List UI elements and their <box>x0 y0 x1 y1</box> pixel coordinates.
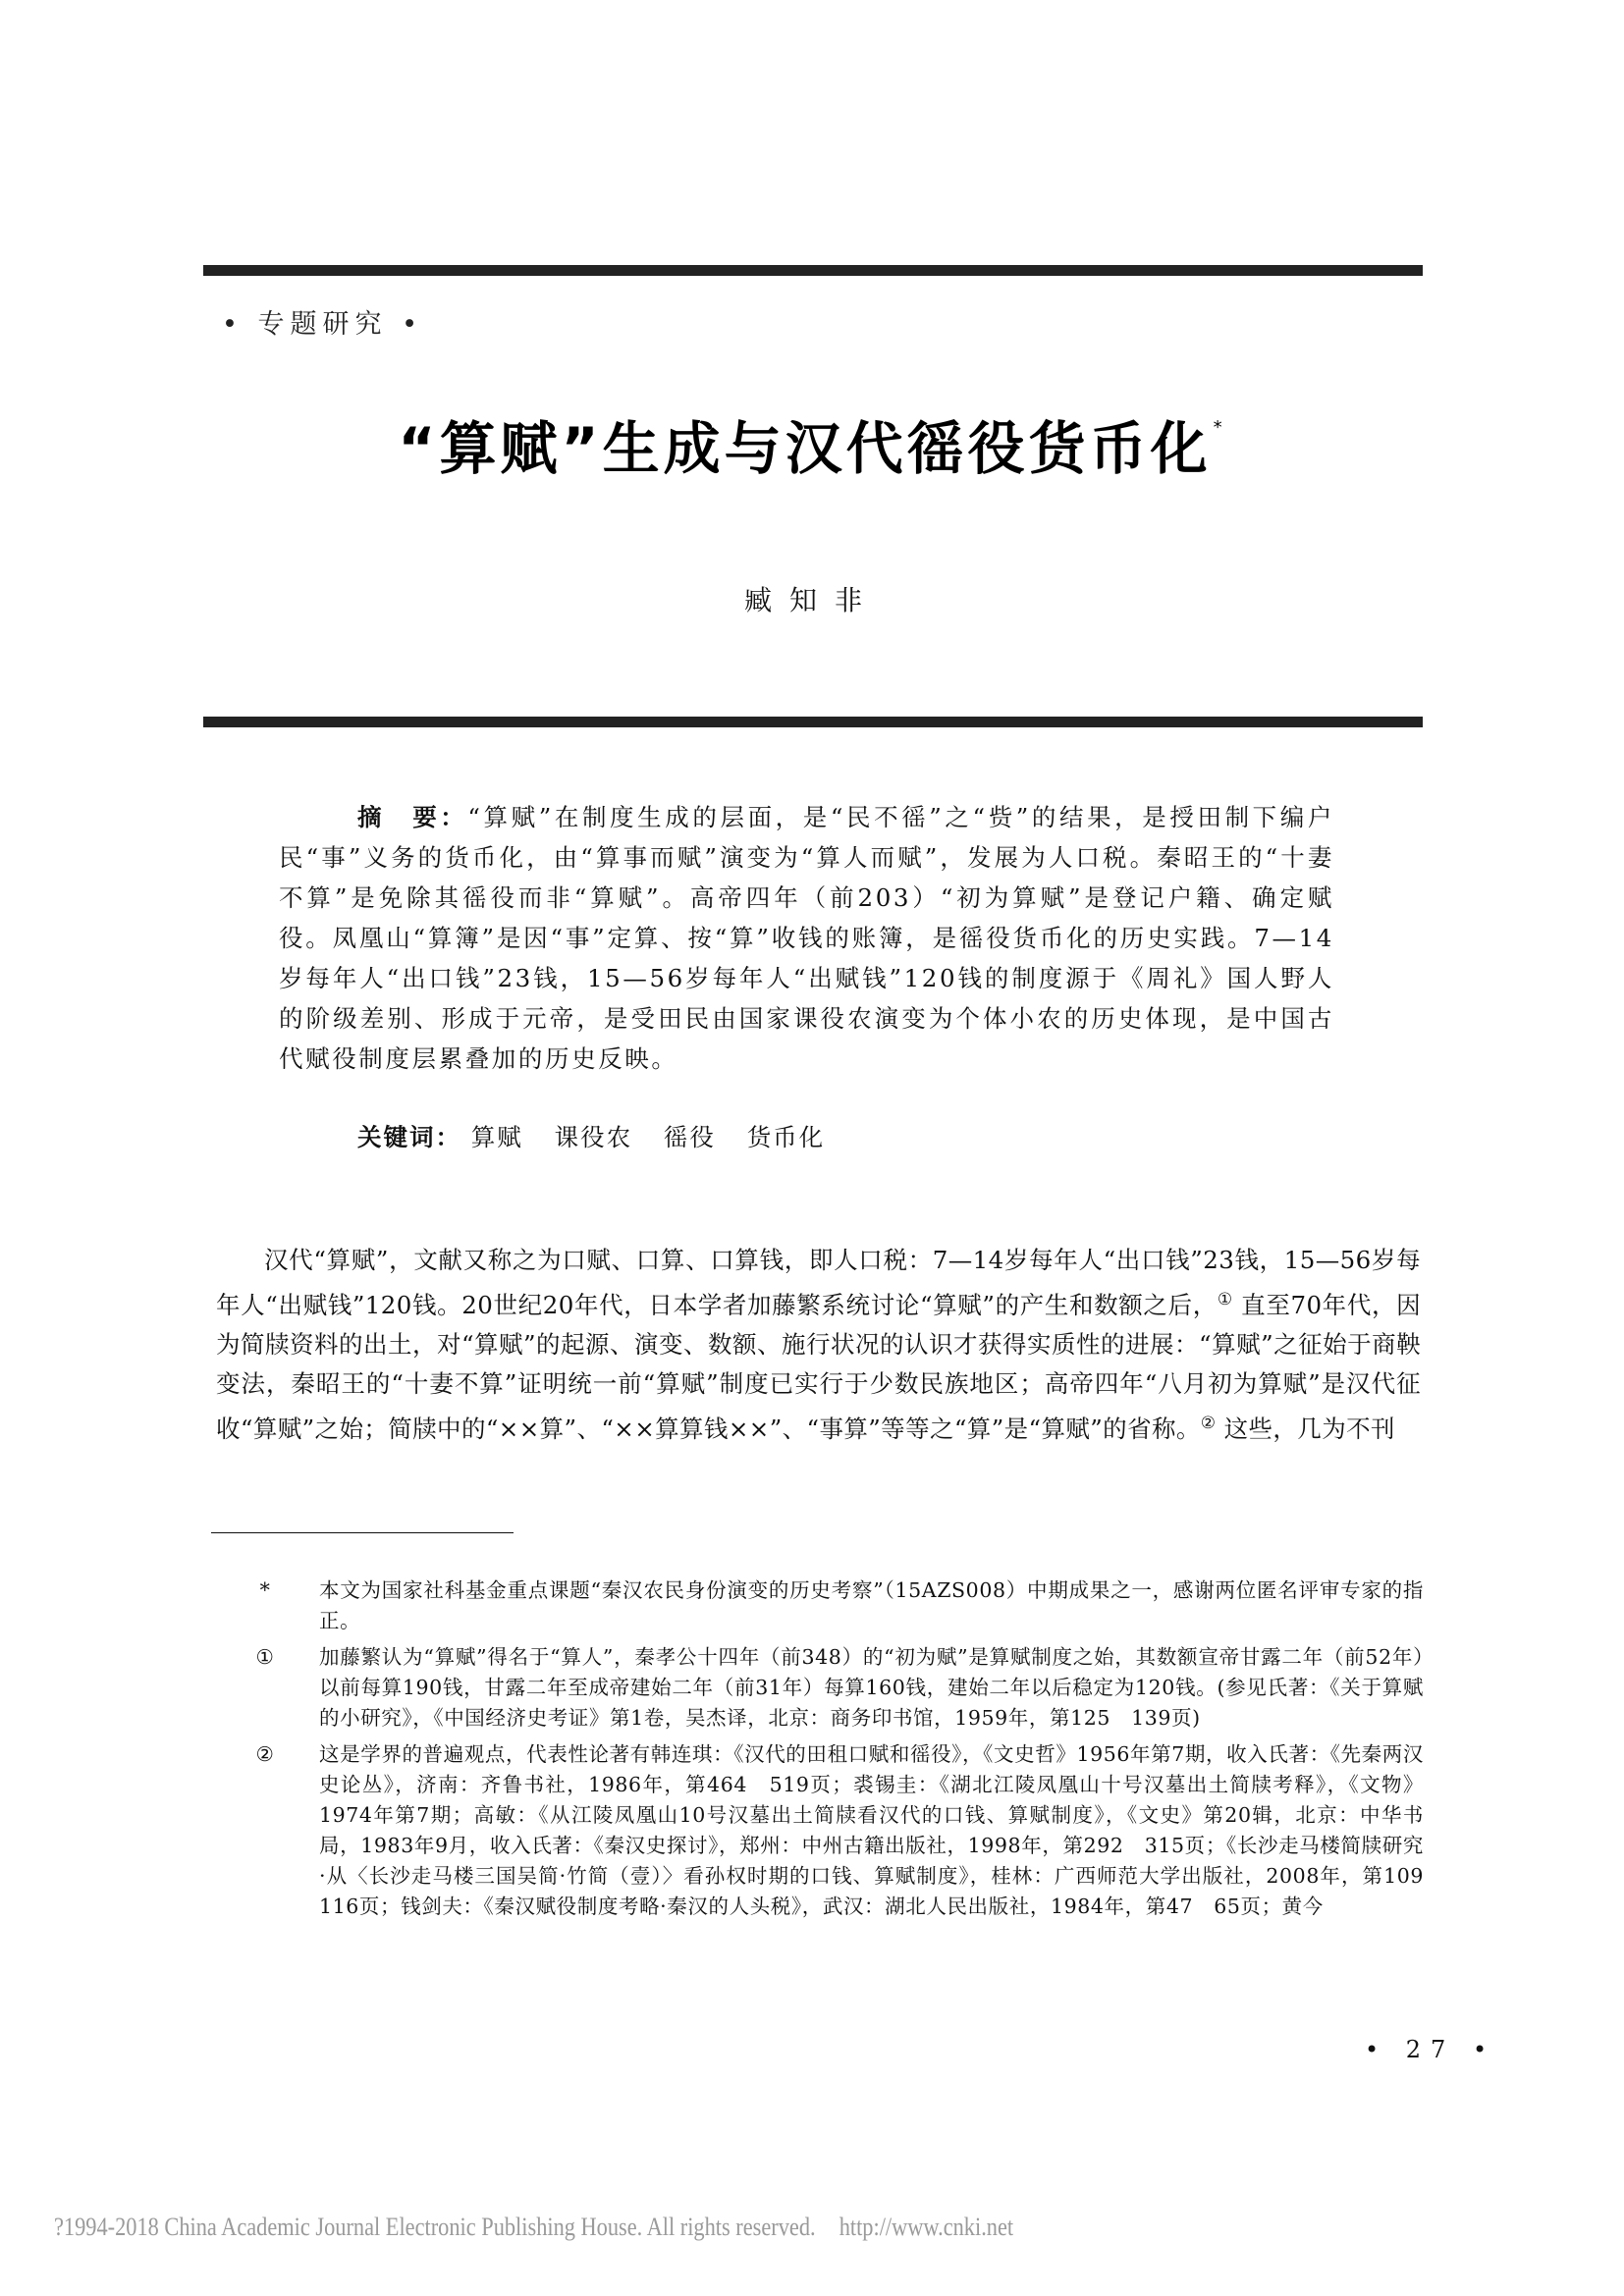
footnote-mark: ② <box>250 1739 280 1770</box>
abstract-label: 摘 要： <box>357 803 467 831</box>
footnote-mark: * <box>250 1575 280 1606</box>
copyright-watermark: ?1994-2018 China Academic Journal Electr… <box>54 2213 1013 2242</box>
footnote-text: 加藤繁认为“算赋”得名于“算人”，秦孝公十四年（前348）的“初为赋”是算赋制度… <box>319 1645 1424 1730</box>
footnote-text: 本文为国家社科基金重点课题“秦汉农民身份演变的历史考察”（15AZS008）中期… <box>319 1578 1424 1632</box>
footnote-text: 这是学界的普遍观点，代表性论著有韩连琪：《汉代的田租口赋和徭役》，《文史哲》19… <box>319 1742 1444 1918</box>
keyword: 货币化 <box>747 1123 826 1151</box>
body-paragraph: 汉代“算赋”，文献又称之为口赋、口算、口算钱，即人口税：7—14岁每年人“出口钱… <box>216 1241 1421 1449</box>
title-footnote-mark[interactable]: * <box>1214 417 1226 438</box>
footnote-ref-2[interactable]: ② <box>1201 1414 1217 1433</box>
keywords-label: 关键词： <box>357 1123 461 1151</box>
keyword: 算赋 <box>471 1123 523 1151</box>
footnote-2: ② 这是学界的普遍观点，代表性论著有韩连琪：《汉代的田租口赋和徭役》，《文史哲》… <box>250 1739 1424 1922</box>
top-decorative-border <box>203 265 1423 276</box>
page-number: • 27 • <box>1365 2036 1496 2063</box>
author-name: 臧知非 <box>0 579 1624 618</box>
footnotes: * 本文为国家社科基金重点课题“秦汉农民身份演变的历史考察”（15AZS008）… <box>250 1575 1424 1928</box>
keyword: 徭役 <box>664 1123 716 1151</box>
keywords: 关键词： 算赋 课役农 徭役 货币化 <box>357 1119 846 1153</box>
footnote-funding: * 本文为国家社科基金重点课题“秦汉农民身份演变的历史考察”（15AZS008）… <box>250 1575 1424 1636</box>
body-text-part: 这些，几为不刊 <box>1216 1415 1395 1443</box>
copyright-text: ?1994-2018 China Academic Journal Electr… <box>54 2213 816 2241</box>
bottom-decorative-border <box>203 717 1423 727</box>
footnote-1: ① 加藤繁认为“算赋”得名于“算人”，秦孝公十四年（前348）的“初为赋”是算赋… <box>250 1642 1424 1734</box>
title-text: “算赋”生成与汉代徭役货币化 <box>398 415 1211 482</box>
keyword: 课役农 <box>555 1123 633 1151</box>
footnote-separator <box>211 1532 514 1533</box>
article-title: “算赋”生成与汉代徭役货币化* <box>0 402 1624 485</box>
footnote-ref-1[interactable]: ① <box>1218 1290 1233 1309</box>
section-tag: • 专题研究 • <box>222 302 423 341</box>
cnki-link[interactable]: http://www.cnki.net <box>839 2213 1013 2241</box>
abstract-text: “算赋”在制度生成的层面，是“民不徭”之“赀”的结果，是授田制下编户民“事”义务… <box>279 803 1334 1073</box>
footnote-mark: ① <box>250 1642 280 1673</box>
abstract: 摘 要：“算赋”在制度生成的层面，是“民不徭”之“赀”的结果，是授田制下编户民“… <box>279 797 1334 1079</box>
